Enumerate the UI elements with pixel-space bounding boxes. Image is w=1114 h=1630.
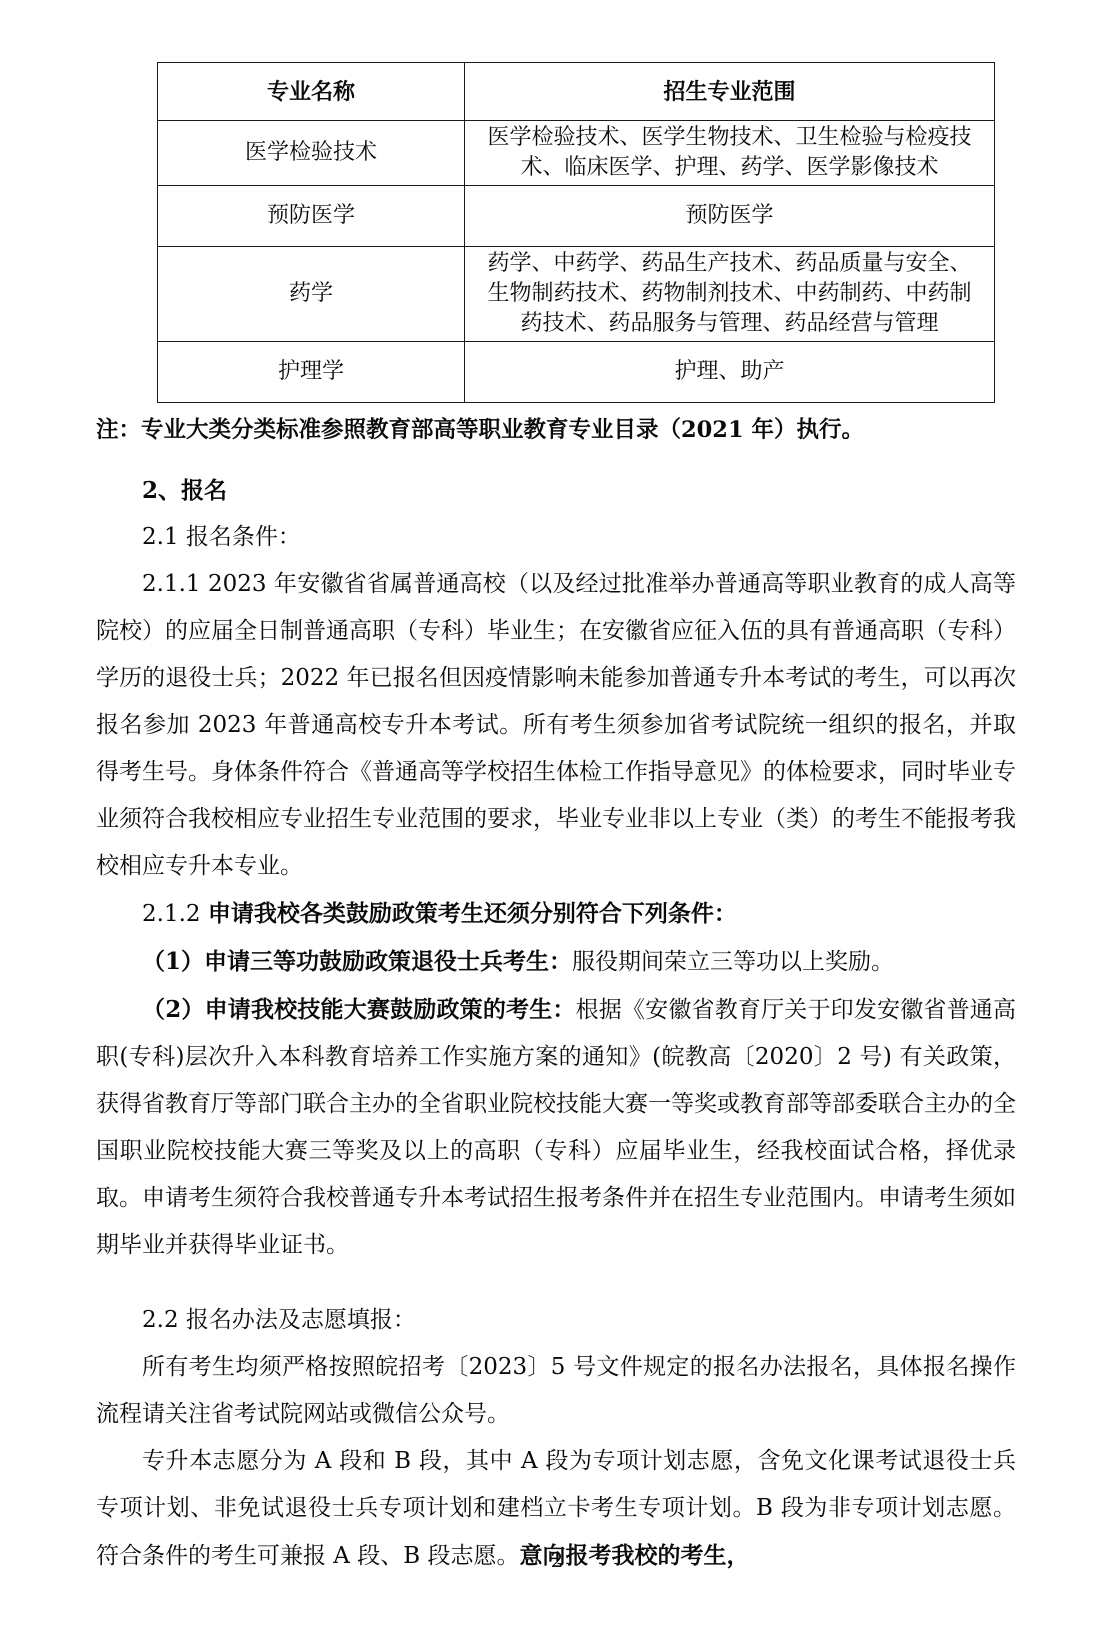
- majors-table-body: 医学检验技术 医学检验技术、医学生物技术、卫生检验与检疫技术、临床医学、护理、药…: [158, 121, 995, 403]
- header-major-name: 专业名称: [158, 63, 465, 121]
- section-2-1-heading: 2.1 报名条件：: [96, 514, 1016, 561]
- document-page: 专业名称 招生专业范围 医学检验技术 医学检验技术、医学生物技术、卫生检验与检疫…: [0, 0, 1114, 1630]
- paragraph-2-1-1: 2.1.1 2023 年安徽省省属普通高校（以及经过批准举办普通高等职业教育的成…: [96, 561, 1016, 890]
- table-row: 护理学 护理、助产: [158, 342, 995, 403]
- section-2-heading: 2、报名: [96, 467, 1016, 514]
- policy-item-2-lead: （2）申请我校技能大赛鼓励政策的考生：: [142, 996, 576, 1023]
- catalog-note: 注：专业大类分类标准参照教育部高等职业教育专业目录（2021 年）执行。: [96, 415, 1016, 445]
- paragraph-2-1-2-bold-text: 申请我校各类鼓励政策考生还须分别符合下列条件：: [208, 900, 737, 927]
- paragraph-2-1-2-number: 2.1.2: [142, 901, 208, 927]
- table-cell-major: 药学: [158, 247, 465, 342]
- table-cell-scope: 预防医学: [465, 186, 995, 247]
- table-cell-major: 预防医学: [158, 186, 465, 247]
- table-row: 医学检验技术 医学检验技术、医学生物技术、卫生检验与检疫技术、临床医学、护理、药…: [158, 121, 995, 186]
- section-2-2-heading: 2.2 报名办法及志愿填报：: [96, 1297, 1016, 1344]
- table-header-row: 专业名称 招生专业范围: [158, 63, 995, 121]
- policy-item-1-lead: （1）申请三等功鼓励政策退役士兵考生：: [142, 948, 572, 975]
- majors-table: 专业名称 招生专业范围 医学检验技术 医学检验技术、医学生物技术、卫生检验与检疫…: [157, 62, 995, 403]
- table-cell-major: 医学检验技术: [158, 121, 465, 186]
- table-cell-scope: 医学检验技术、医学生物技术、卫生检验与检疫技术、临床医学、护理、药学、医学影像技…: [465, 121, 995, 186]
- policy-item-1-text: 服役期间荣立三等功以上奖励。: [572, 949, 894, 975]
- policy-item-2-text: 根据《安徽省教育厅关于印发安徽省普通高职(专科)层次升入本科教育培养工作实施方案…: [96, 997, 1016, 1258]
- table-cell-scope: 护理、助产: [465, 342, 995, 403]
- policy-item-2: （2）申请我校技能大赛鼓励政策的考生：根据《安徽省教育厅关于印发安徽省普通高职(…: [96, 986, 1016, 1269]
- table-row: 预防医学 预防医学: [158, 186, 995, 247]
- paragraph-2-1-2: 2.1.2 申请我校各类鼓励政策考生还须分别符合下列条件：: [96, 890, 1016, 938]
- table-row: 药学 药学、中药学、药品生产技术、药品质量与安全、生物制药技术、药物制剂技术、中…: [158, 247, 995, 342]
- table-cell-major: 护理学: [158, 342, 465, 403]
- page-number: 2: [0, 1548, 1114, 1572]
- header-scope: 招生专业范围: [465, 63, 995, 121]
- majors-table-head: 专业名称 招生专业范围: [158, 63, 995, 121]
- paragraph-2-2-registration: 所有考生均须严格按照皖招考〔2023〕5 号文件规定的报名办法报名，具体报名操作…: [96, 1344, 1016, 1438]
- table-cell-scope: 药学、中药学、药品生产技术、药品质量与安全、生物制药技术、药物制剂技术、中药制药…: [465, 247, 995, 342]
- policy-item-1: （1）申请三等功鼓励政策退役士兵考生：服役期间荣立三等功以上奖励。: [96, 938, 1016, 986]
